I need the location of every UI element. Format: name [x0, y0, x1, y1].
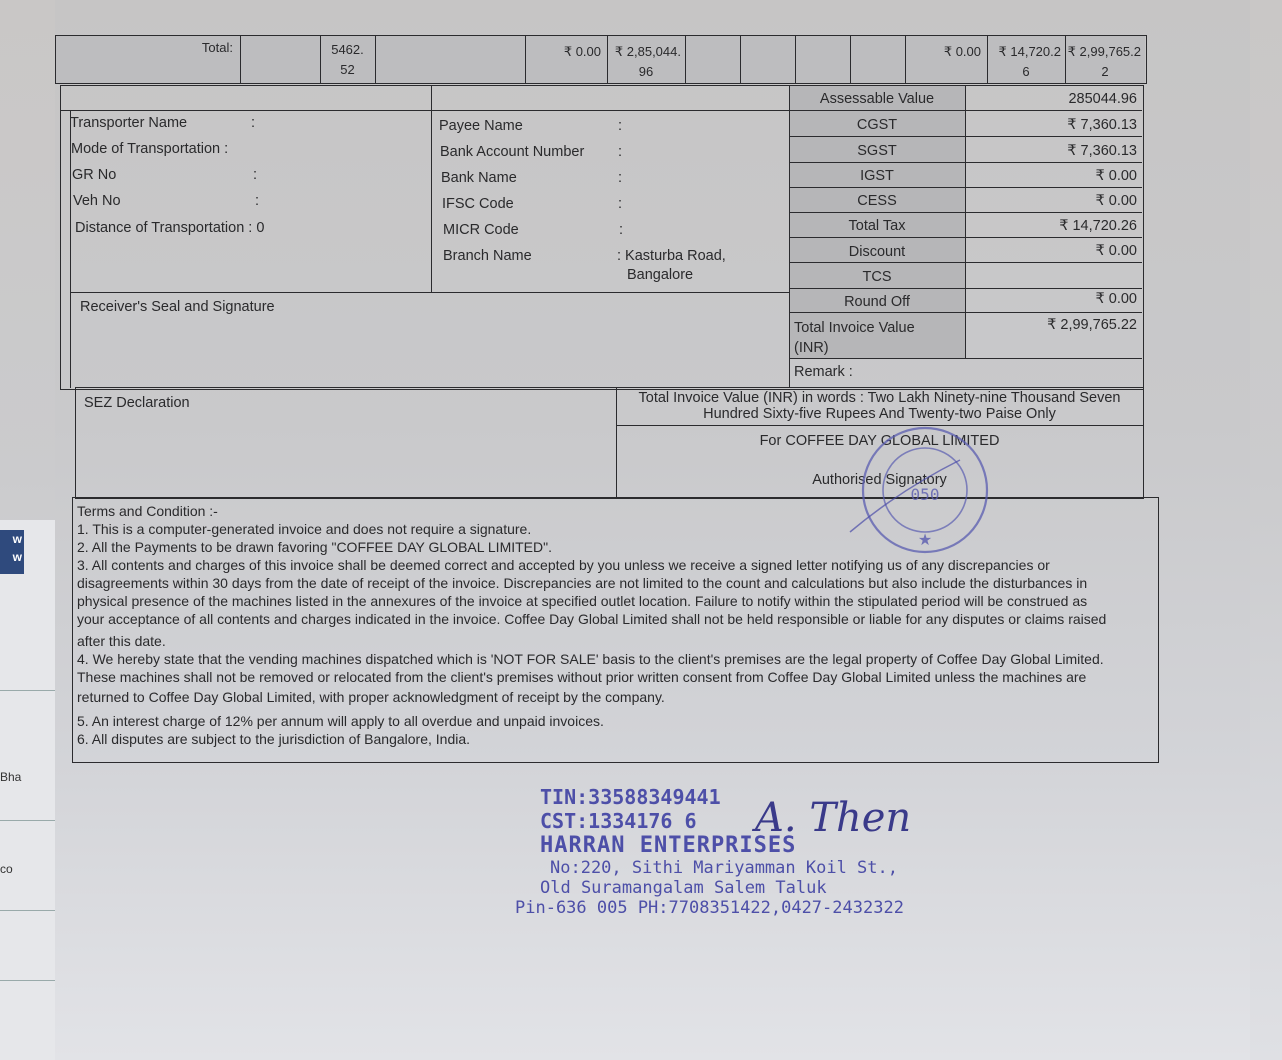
assessable-value-label: Assessable Value: [789, 91, 965, 107]
branch-name-value-1: : Kasturba Road,: [617, 248, 726, 264]
totals-label: Total:: [155, 40, 233, 55]
assessable-value: 285044.96: [965, 91, 1137, 107]
micr-label: MICR Code: [443, 222, 519, 238]
ifsc-label: IFSC Code: [442, 196, 514, 212]
edge-text-2: co: [0, 862, 13, 876]
edge-blue-label: ww: [0, 530, 24, 574]
totals-total-l1: ₹ 2,99,765.2: [1065, 44, 1141, 60]
sgst-label: SGST: [789, 143, 965, 159]
edge-text-1: Bha: [0, 770, 21, 784]
total-tax-value: ₹ 14,720.26: [965, 218, 1137, 234]
handwritten-signature: A. Then: [755, 795, 911, 841]
payee-name-label: Payee Name: [439, 118, 523, 134]
discount-value: ₹ 0.00: [965, 243, 1137, 259]
totals-col-a: ₹ 0.00: [525, 44, 601, 60]
cgst-value: ₹ 7,360.13: [965, 117, 1137, 133]
igst-label: IGST: [789, 168, 965, 184]
round-off-label: Round Off: [789, 294, 965, 310]
totals-tax-l2: 6: [987, 64, 1065, 79]
branch-name-value-2: Bangalore: [627, 267, 693, 283]
cgst-label: CGST: [789, 117, 965, 133]
discount-label: Discount: [789, 244, 965, 260]
cess-value: ₹ 0.00: [965, 193, 1137, 209]
total-tax-label: Total Tax: [789, 218, 965, 234]
transporter-name-label: Transporter Name: [70, 115, 187, 131]
remark-label: Remark :: [794, 364, 853, 380]
round-off-value: ₹ 0.00: [965, 291, 1137, 307]
receiver-seal-label: Receiver's Seal and Signature: [80, 299, 275, 315]
sgst-value: ₹ 7,360.13: [965, 143, 1137, 159]
totals-quantity-l2: 52: [320, 62, 375, 77]
mode-of-transportation-label: Mode of Transportation :: [71, 141, 228, 157]
branch-name-label: Branch Name: [443, 248, 532, 264]
invoice-page: Total: 5462. 52 ₹ 0.00 ₹ 2,85,044. 96 ₹ …: [55, 0, 1250, 1060]
totals-taxable-l2: 96: [607, 64, 685, 79]
cess-label: CESS: [789, 193, 965, 209]
total-invoice-value-label: Total Invoice Value: [794, 320, 915, 336]
igst-value: ₹ 0.00: [965, 168, 1137, 184]
adjacent-document-edge: ww Bha co: [0, 520, 61, 1060]
totals-tax-l1: ₹ 14,720.2: [987, 44, 1061, 60]
company-seal-stamp: 050 ★: [840, 420, 1010, 560]
total-invoice-value: ₹ 2,99,765.22: [965, 317, 1137, 333]
distance-label: Distance of Transportation : 0: [75, 220, 264, 236]
totals-quantity-l1: 5462.: [320, 42, 375, 57]
amount-in-words-1: Total Invoice Value (INR) in words : Two…: [616, 390, 1143, 406]
tcs-label: TCS: [789, 269, 965, 285]
sez-declaration-label: SEZ Declaration: [84, 395, 190, 411]
bank-account-label: Bank Account Number: [440, 144, 584, 160]
totals-taxable-l1: ₹ 2,85,044.: [607, 44, 681, 60]
totals-col-b: ₹ 0.00: [905, 44, 981, 60]
gr-no-label: GR No: [72, 167, 116, 183]
svg-text:★: ★: [918, 532, 932, 549]
bank-name-label: Bank Name: [441, 170, 517, 186]
totals-total-l2: 2: [1065, 64, 1145, 79]
veh-no-label: Veh No: [73, 193, 121, 209]
svg-text:050: 050: [911, 485, 940, 504]
